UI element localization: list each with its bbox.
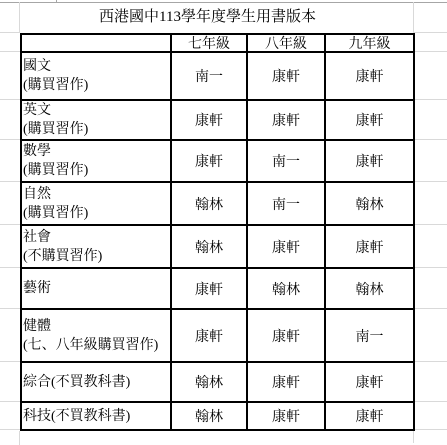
subject-line: 健體 — [23, 317, 170, 336]
publisher-cell[interactable]: 南一 — [172, 53, 248, 101]
grade-header-7[interactable]: 七年級 — [172, 35, 248, 53]
subject-line: 國文 — [23, 57, 170, 76]
subject-note: (不購買習作) — [23, 247, 170, 266]
gridline-row-left — [0, 51, 20, 52]
gridline-row-left — [0, 361, 20, 362]
publisher-cell[interactable]: 翰林 — [172, 226, 248, 269]
subject-note: (購買習作) — [23, 120, 170, 139]
textbook-version-table: 七年級 八年級 九年級 國文 (購買習作) 南一 康軒 康軒 英文 (購買習作)… — [20, 33, 415, 431]
gridline-row-right — [413, 429, 447, 430]
publisher-cell[interactable]: 康軒 — [326, 363, 413, 403]
publisher-cell[interactable]: 康軒 — [172, 101, 248, 141]
publisher-cell[interactable]: 康軒 — [326, 226, 413, 269]
publisher-cell[interactable]: 康軒 — [172, 269, 248, 310]
publisher-cell[interactable]: 康軒 — [248, 310, 326, 363]
publisher-cell[interactable]: 南一 — [248, 183, 326, 226]
publisher-cell[interactable]: 康軒 — [248, 101, 326, 141]
gridline-row-right — [413, 267, 447, 268]
subject-label-cell[interactable]: 健體 (七、八年級購買習作) — [22, 310, 172, 363]
subject-label-cell[interactable]: 國文 (購買習作) — [22, 53, 172, 101]
gridline-row-left — [0, 99, 20, 100]
gridline-row-right — [413, 51, 447, 52]
subject-line: 數學 — [23, 142, 170, 161]
publisher-cell[interactable]: 翰林 — [172, 363, 248, 403]
gridline-row-right — [413, 361, 447, 362]
publisher-cell[interactable]: 南一 — [248, 141, 326, 183]
subject-line: 社會 — [23, 228, 170, 247]
subject-note: (購買習作) — [23, 204, 170, 223]
gridline-row-left — [0, 308, 20, 309]
gridline-row-right — [413, 224, 447, 225]
publisher-cell[interactable]: 康軒 — [172, 141, 248, 183]
gridline-right-upper — [413, 2, 414, 33]
gridline-row-left — [0, 224, 20, 225]
sheet-title: 西港國中113學年度學生用書版本 — [20, 2, 395, 32]
publisher-cell[interactable]: 康軒 — [248, 403, 326, 429]
subject-note: (購買習作) — [23, 76, 170, 95]
gridline-row-right — [413, 139, 447, 140]
corner-cell[interactable] — [22, 35, 172, 53]
subject-label-cell[interactable]: 綜合(不買教科書) — [22, 363, 172, 403]
subject-note: (購買習作) — [23, 161, 170, 180]
gridline-row-right — [413, 32, 447, 33]
publisher-cell[interactable]: 翰林 — [326, 183, 413, 226]
subject-label-cell[interactable]: 自然 (購買習作) — [22, 183, 172, 226]
publisher-cell[interactable]: 南一 — [326, 310, 413, 363]
gridline-row-right — [413, 181, 447, 182]
gridline-row-right — [413, 308, 447, 309]
publisher-cell[interactable]: 康軒 — [326, 403, 413, 429]
subject-line: 綜合(不買教科書) — [23, 373, 170, 392]
gridline-row-left — [0, 401, 20, 402]
publisher-cell[interactable]: 翰林 — [172, 183, 248, 226]
publisher-cell[interactable]: 康軒 — [172, 310, 248, 363]
subject-label-cell[interactable]: 英文 (購買習作) — [22, 101, 172, 141]
gridline-row-left — [0, 429, 20, 430]
publisher-cell[interactable]: 翰林 — [172, 403, 248, 429]
subject-note: (七、八年級購買習作) — [23, 336, 170, 355]
publisher-cell[interactable]: 康軒 — [248, 363, 326, 403]
subject-label-cell[interactable]: 科技(不買教科書) — [22, 403, 172, 429]
grade-header-9[interactable]: 九年級 — [326, 35, 413, 53]
subject-label-cell[interactable]: 數學 (購買習作) — [22, 141, 172, 183]
gridline-right-lower — [413, 431, 414, 443]
subject-label-cell[interactable]: 藝術 — [22, 269, 172, 310]
subject-line: 藝術 — [23, 279, 170, 298]
gridline-row-right — [413, 401, 447, 402]
publisher-cell[interactable]: 康軒 — [248, 226, 326, 269]
gridline-left-lower — [19, 431, 20, 445]
subject-line: 英文 — [23, 101, 170, 120]
publisher-cell[interactable]: 翰林 — [248, 269, 326, 310]
subject-label-cell[interactable]: 社會 (不購買習作) — [22, 226, 172, 269]
publisher-cell[interactable]: 康軒 — [248, 53, 326, 101]
gridline-row-right — [413, 99, 447, 100]
publisher-cell[interactable]: 康軒 — [326, 141, 413, 183]
grade-header-8[interactable]: 八年級 — [248, 35, 326, 53]
gridline-row-left — [0, 267, 20, 268]
gridline-row-left — [0, 32, 20, 33]
publisher-cell[interactable]: 康軒 — [326, 53, 413, 101]
gridline-row-left — [0, 181, 20, 182]
subject-line: 自然 — [23, 185, 170, 204]
publisher-cell[interactable]: 翰林 — [326, 269, 413, 310]
gridline-row-left — [0, 139, 20, 140]
subject-line: 科技(不買教科書) — [23, 407, 170, 426]
publisher-cell[interactable]: 康軒 — [326, 101, 413, 141]
